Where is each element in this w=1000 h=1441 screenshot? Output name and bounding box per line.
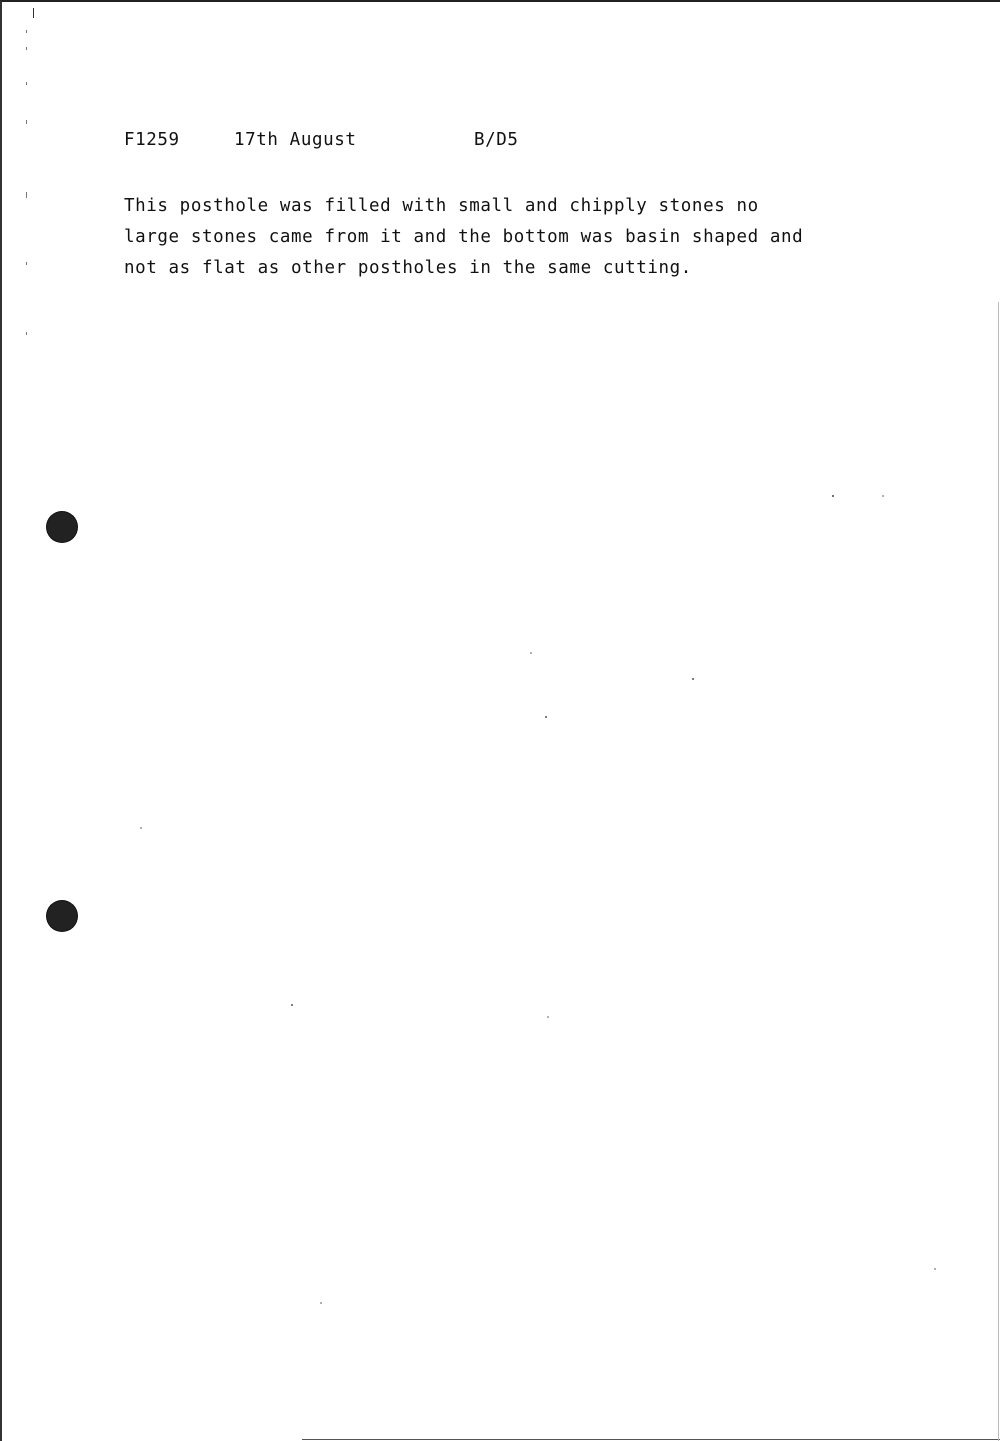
scan-speck <box>291 1004 293 1006</box>
description-line: large stones came from it and the bottom… <box>124 222 884 253</box>
record-date: 17th August <box>234 130 357 150</box>
scan-speck <box>934 1268 936 1270</box>
document-page: F1259 17th August B/D5 This posthole was… <box>0 0 1000 1441</box>
margin-mark <box>26 332 27 335</box>
scan-speck <box>320 1302 322 1304</box>
margin-mark <box>33 8 34 18</box>
record-description: This posthole was filled with small and … <box>124 191 884 284</box>
scan-speck <box>692 678 694 680</box>
margin-mark <box>26 82 27 85</box>
page-bottom-edge <box>302 1439 1000 1440</box>
description-line: not as flat as other postholes in the sa… <box>124 253 884 284</box>
scan-speck <box>545 716 547 718</box>
scan-speck <box>882 495 884 497</box>
scan-speck <box>140 827 142 829</box>
margin-mark <box>26 47 27 50</box>
punch-hole <box>47 901 77 931</box>
margin-mark <box>26 30 27 33</box>
margin-mark <box>26 192 27 198</box>
description-line: This posthole was filled with small and … <box>124 191 884 222</box>
feature-id: F1259 <box>124 130 180 150</box>
scan-speck <box>530 652 532 654</box>
scan-speck <box>547 1016 549 1018</box>
grid-location: B/D5 <box>474 130 519 150</box>
punch-hole <box>47 512 77 542</box>
margin-mark <box>26 120 27 124</box>
scan-speck <box>832 495 834 497</box>
margin-mark <box>26 262 27 265</box>
page-right-edge <box>998 302 999 1441</box>
